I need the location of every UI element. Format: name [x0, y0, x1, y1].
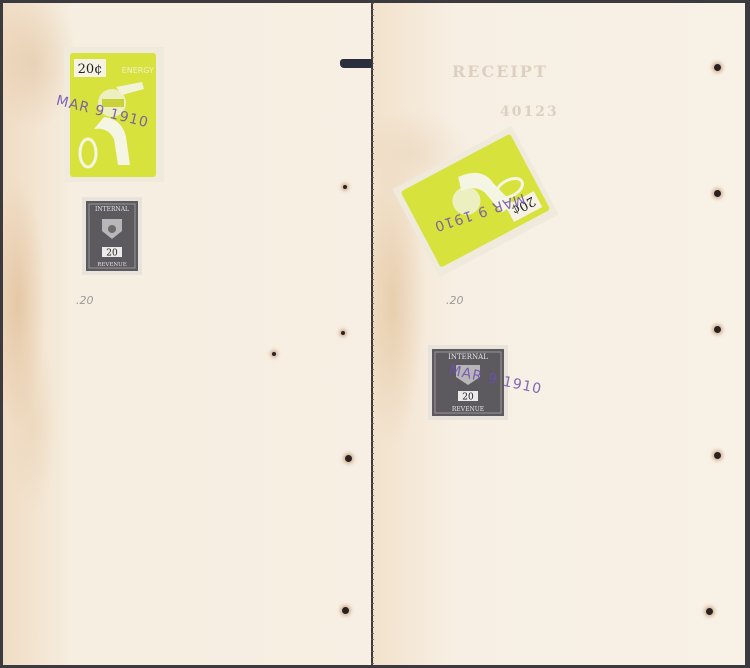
binding-hole: [714, 64, 721, 71]
binding-hole: [341, 331, 345, 335]
svg-text:REVENUE: REVENUE: [97, 262, 127, 268]
binding-hole: [272, 352, 276, 356]
binding-hole: [342, 607, 349, 614]
document-scan: RECEIPT 40123 20¢ ENERGY MAR 9 1910 INTE…: [0, 0, 750, 668]
right-document-page: [373, 3, 745, 665]
svg-text:REVENUE: REVENUE: [452, 406, 484, 413]
binding-hole: [714, 326, 721, 333]
faint-number: 40123: [500, 104, 559, 120]
clip-mark: [340, 59, 372, 68]
left-gray-revenue-stamp: INTERNAL 20 REVENUE: [82, 197, 142, 275]
denomination: 20¢: [78, 62, 103, 77]
pencil-note: .20: [76, 294, 94, 307]
svg-text:INTERNAL: INTERNAL: [448, 353, 488, 361]
binding-hole: [343, 185, 347, 189]
perforation-line: [371, 3, 374, 665]
binding-hole: [714, 190, 721, 197]
svg-text:ENERGY: ENERGY: [122, 66, 154, 75]
binding-hole: [714, 452, 721, 459]
denomination: 20: [462, 393, 474, 403]
svg-text:INTERNAL: INTERNAL: [95, 206, 129, 213]
pencil-note: .20: [446, 294, 464, 307]
denomination: 20: [106, 249, 118, 259]
binding-hole: [345, 455, 352, 462]
binding-hole: [706, 608, 713, 615]
faint-header: RECEIPT: [452, 62, 548, 81]
